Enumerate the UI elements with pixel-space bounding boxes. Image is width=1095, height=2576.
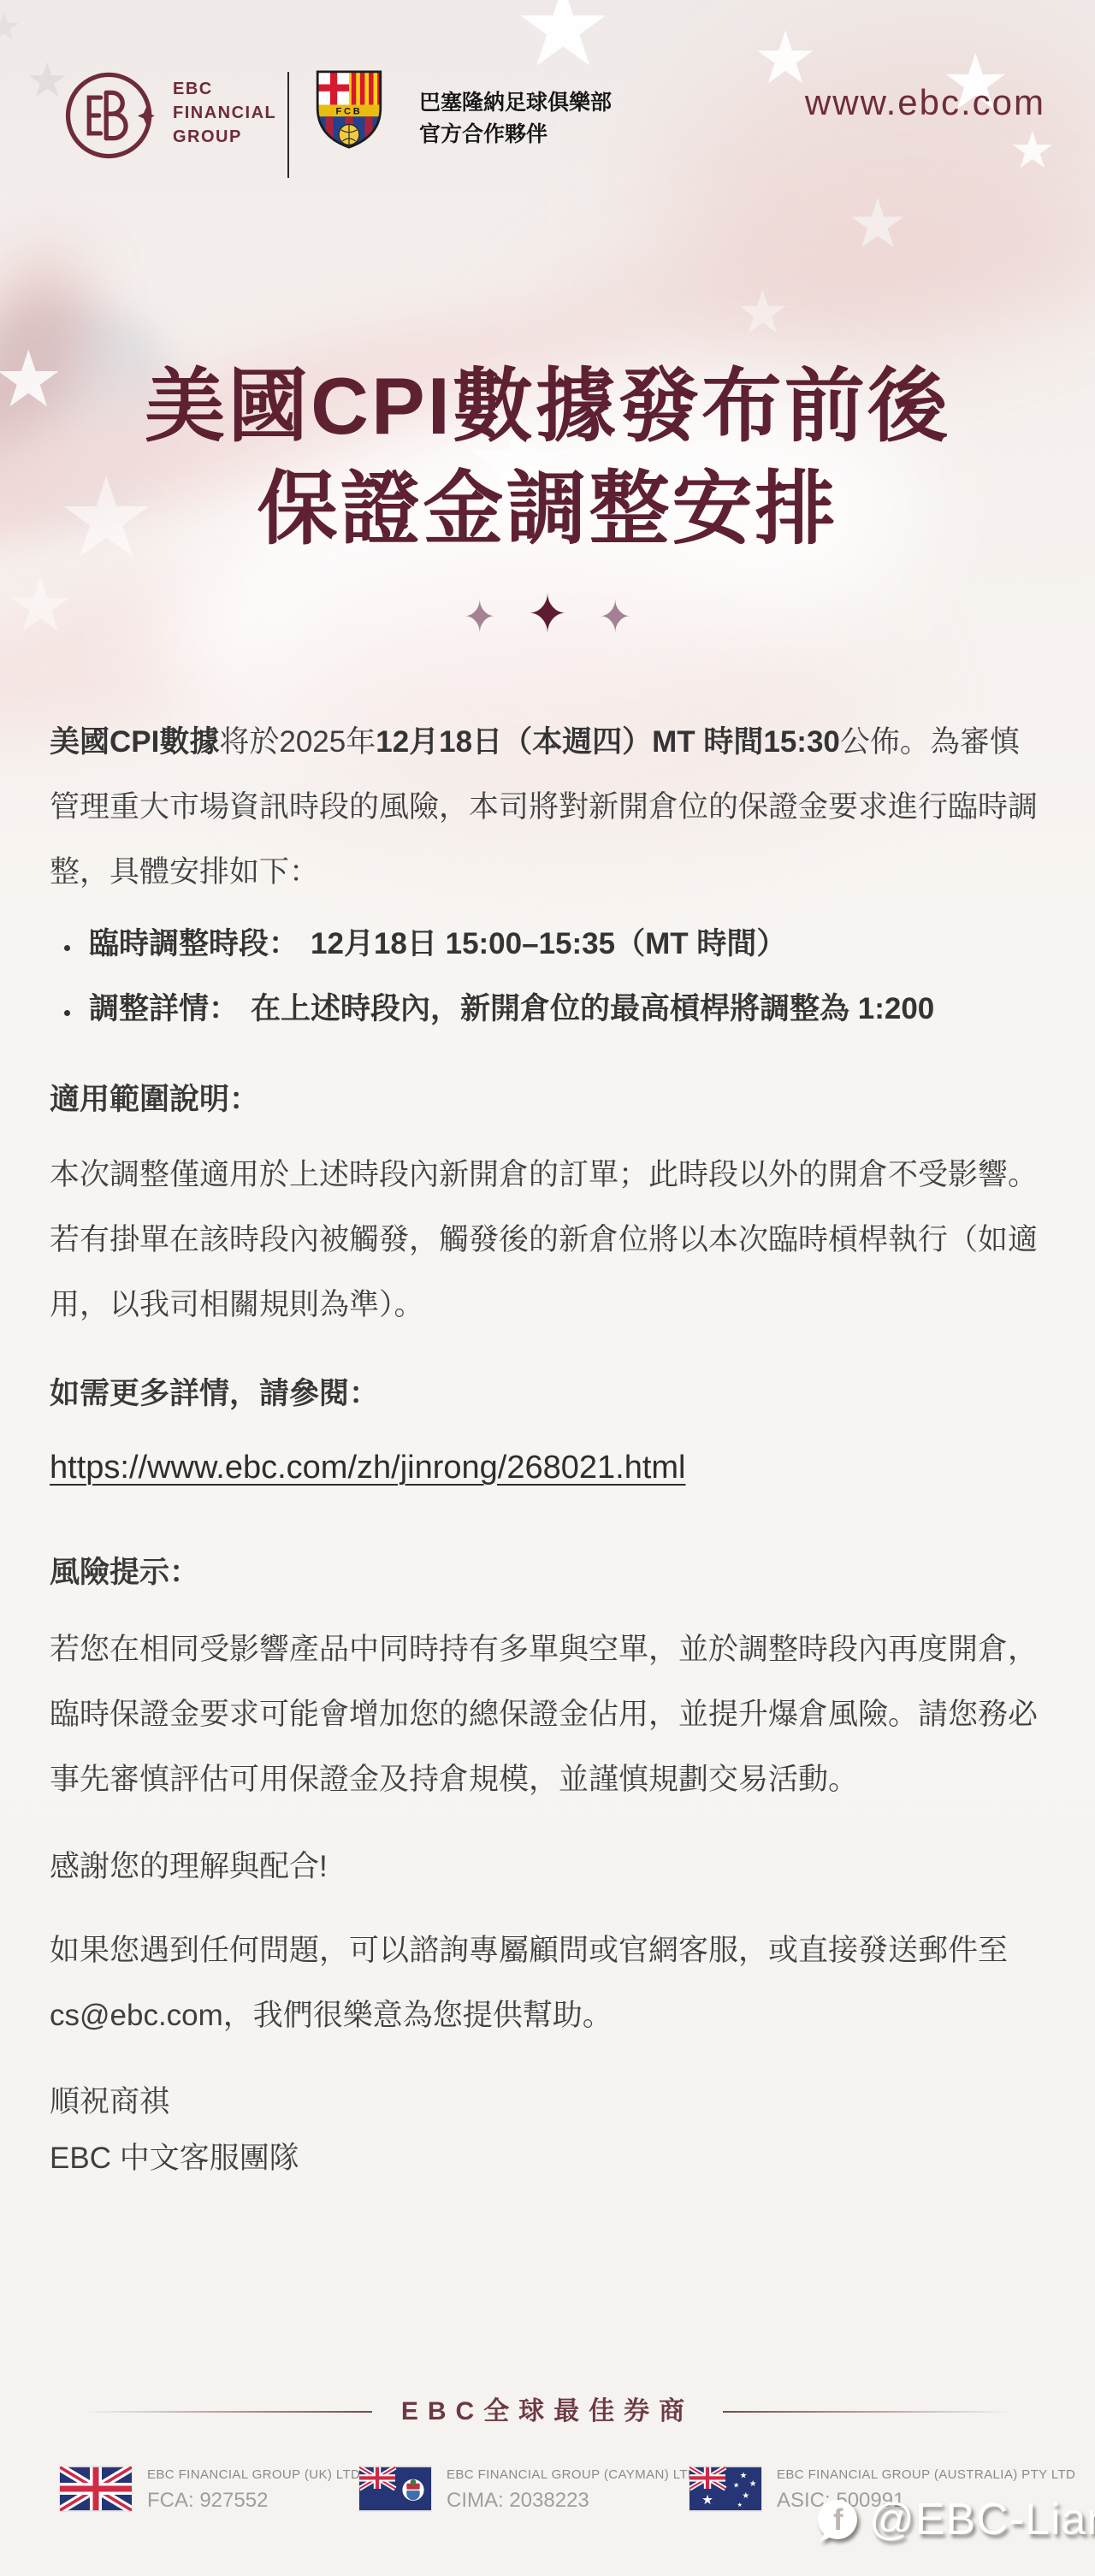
sparkle-icon: ✦ [528,585,568,642]
header: EBC FINANCIAL GROUP FCB [0,0,1095,205]
sparkle-divider: ✦ ✦ ✦ [0,588,1095,643]
social-watermark: f @EBC-Liana [814,2494,1095,2545]
partner-label-line: 巴塞隆納足球俱樂部 [419,87,612,119]
svg-text:★: ★ [740,2471,748,2480]
bullet-label: 臨時調整時段： [89,927,299,960]
header-divider [287,72,289,178]
entity-text: EBC FINANCIAL GROUP (UK) LTD FCA: 927552 [147,2467,360,2514]
entity-uk: EBC FINANCIAL GROUP (UK) LTD FCA: 927552 [60,2467,360,2514]
bullet-label: 調整詳情： [89,992,239,1025]
tagline: EBC全球最佳券商 [401,2388,694,2436]
fcb-crest-icon: FCB [310,68,388,151]
scope-paragraph: 本次調整僅適用於上述時段內新開倉的訂單；此時段以外的開倉不受影響。若有掛單在該時… [50,1143,1045,1338]
risk-heading: 風險提示： [50,1540,1045,1605]
entity-name: EBC FINANCIAL GROUP (UK) LTD [147,2467,360,2484]
details-link[interactable]: https://www.ebc.com/zh/jinrong/268021.ht… [50,1435,686,1500]
list-item-detail: 調整詳情：在上述時段內，新開倉位的最高槓桿將調整為 1:200 [82,977,1045,1042]
ebc-wordmark-line: EBC [173,77,276,101]
ebc-wordmark-line: GROUP [173,125,276,149]
entity-name: EBC FINANCIAL GROUP (CAYMAN) LTD [447,2467,697,2484]
entity-name: EBC FINANCIAL GROUP (AUSTRALIA) PTY LTD [777,2467,1075,2484]
ebc-wordmark: EBC FINANCIAL GROUP [173,77,276,149]
scope-heading: 適用範圍說明： [50,1067,1045,1132]
entity-license: FCA: 927552 [147,2488,360,2514]
australia-flag-icon: ★ ★ ★ ★ ★ ★ [690,2467,761,2511]
divider-line [723,2411,1014,2413]
page-title-line2: 保證金調整安排 [0,458,1095,560]
intro-bold-lead: 美國CPI數據 [50,725,219,759]
intro-bold-date: 12月18日（本週四）MT 時間15:30 [376,725,840,759]
svg-text:★: ★ [742,2491,749,2501]
list-item-period: 臨時調整時段：12月18日 15:00–15:35（MT 時間） [82,912,1045,977]
announcement-body: 美國CPI數據将於2025年12月18日（本週四）MT 時間15:30公佈。為審… [50,710,1045,2187]
signature-greeting: 順祝商祺 [50,2074,1045,2130]
announcement-page: ★ ★ ★ ★ ★ ★ ★ ★ ★ ★ ★ ★ [0,0,1095,2576]
facebook-icon: f [814,2496,861,2543]
intro-text: 将於2025年 [219,725,376,759]
partner-label-line: 官方合作夥伴 [419,119,612,151]
intro-paragraph: 美國CPI數據将於2025年12月18日（本週四）MT 時間15:30公佈。為審… [50,710,1045,905]
svg-text:★: ★ [733,2481,740,2490]
adjustment-list: 臨時調整時段：12月18日 15:00–15:35（MT 時間） 調整詳情：在上… [50,912,1045,1042]
ebc-wordmark-line: FINANCIAL [173,101,276,125]
uk-flag-icon [60,2467,132,2511]
risk-paragraph: 若您在相同受影響產品中同時持有多單與空單，並於調整時段內再度開倉，臨時保證金要求… [50,1617,1045,1812]
sparkle-icon: ✦ [464,588,497,645]
facebook-f-letter: f [833,2503,844,2537]
svg-text:★: ★ [701,2492,713,2508]
entity-text: EBC FINANCIAL GROUP (CAYMAN) LTD CIMA: 2… [447,2467,697,2514]
bullet-text: 在上述時段內，新開倉位的最高槓桿將調整為 1:200 [251,992,934,1025]
signature-team: EBC 中文客服團隊 [50,2130,1045,2187]
page-title-line1: 美國CPI數據發布前後 [0,355,1095,458]
cayman-flag-icon [359,2467,431,2511]
tagline-divider: EBC全球最佳券商 [0,2388,1095,2436]
entity-cayman: EBC FINANCIAL GROUP (CAYMAN) LTD CIMA: 2… [359,2467,697,2514]
thanks-line: 感謝您的理解與配合! [50,1835,1045,1900]
entity-license: CIMA: 2038223 [447,2488,697,2514]
more-info-heading: 如需更多詳情，請參閱： [50,1362,1045,1427]
website-url[interactable]: www.ebc.com [805,82,1045,123]
bullet-text: 12月18日 15:00–15:35（MT 時間） [311,927,786,960]
ebc-monogram-icon [60,65,161,166]
divider-line [81,2411,372,2413]
svg-text:★: ★ [737,2502,743,2508]
watermark-handle: @EBC-Liana [869,2494,1095,2545]
support-paragraph: 如果您遇到任何問題，可以諮詢專屬顧問或官網客服，或直接發送郵件至 cs@ebc.… [50,1918,1045,2048]
svg-text:★: ★ [749,2479,757,2489]
partner-label: 巴塞隆納足球俱樂部 官方合作夥伴 [419,87,612,151]
page-title: 美國CPI數據發布前後 保證金調整安排 [0,355,1095,560]
fcb-crest-label: FCB [336,107,363,117]
sparkle-icon: ✦ [599,588,632,645]
